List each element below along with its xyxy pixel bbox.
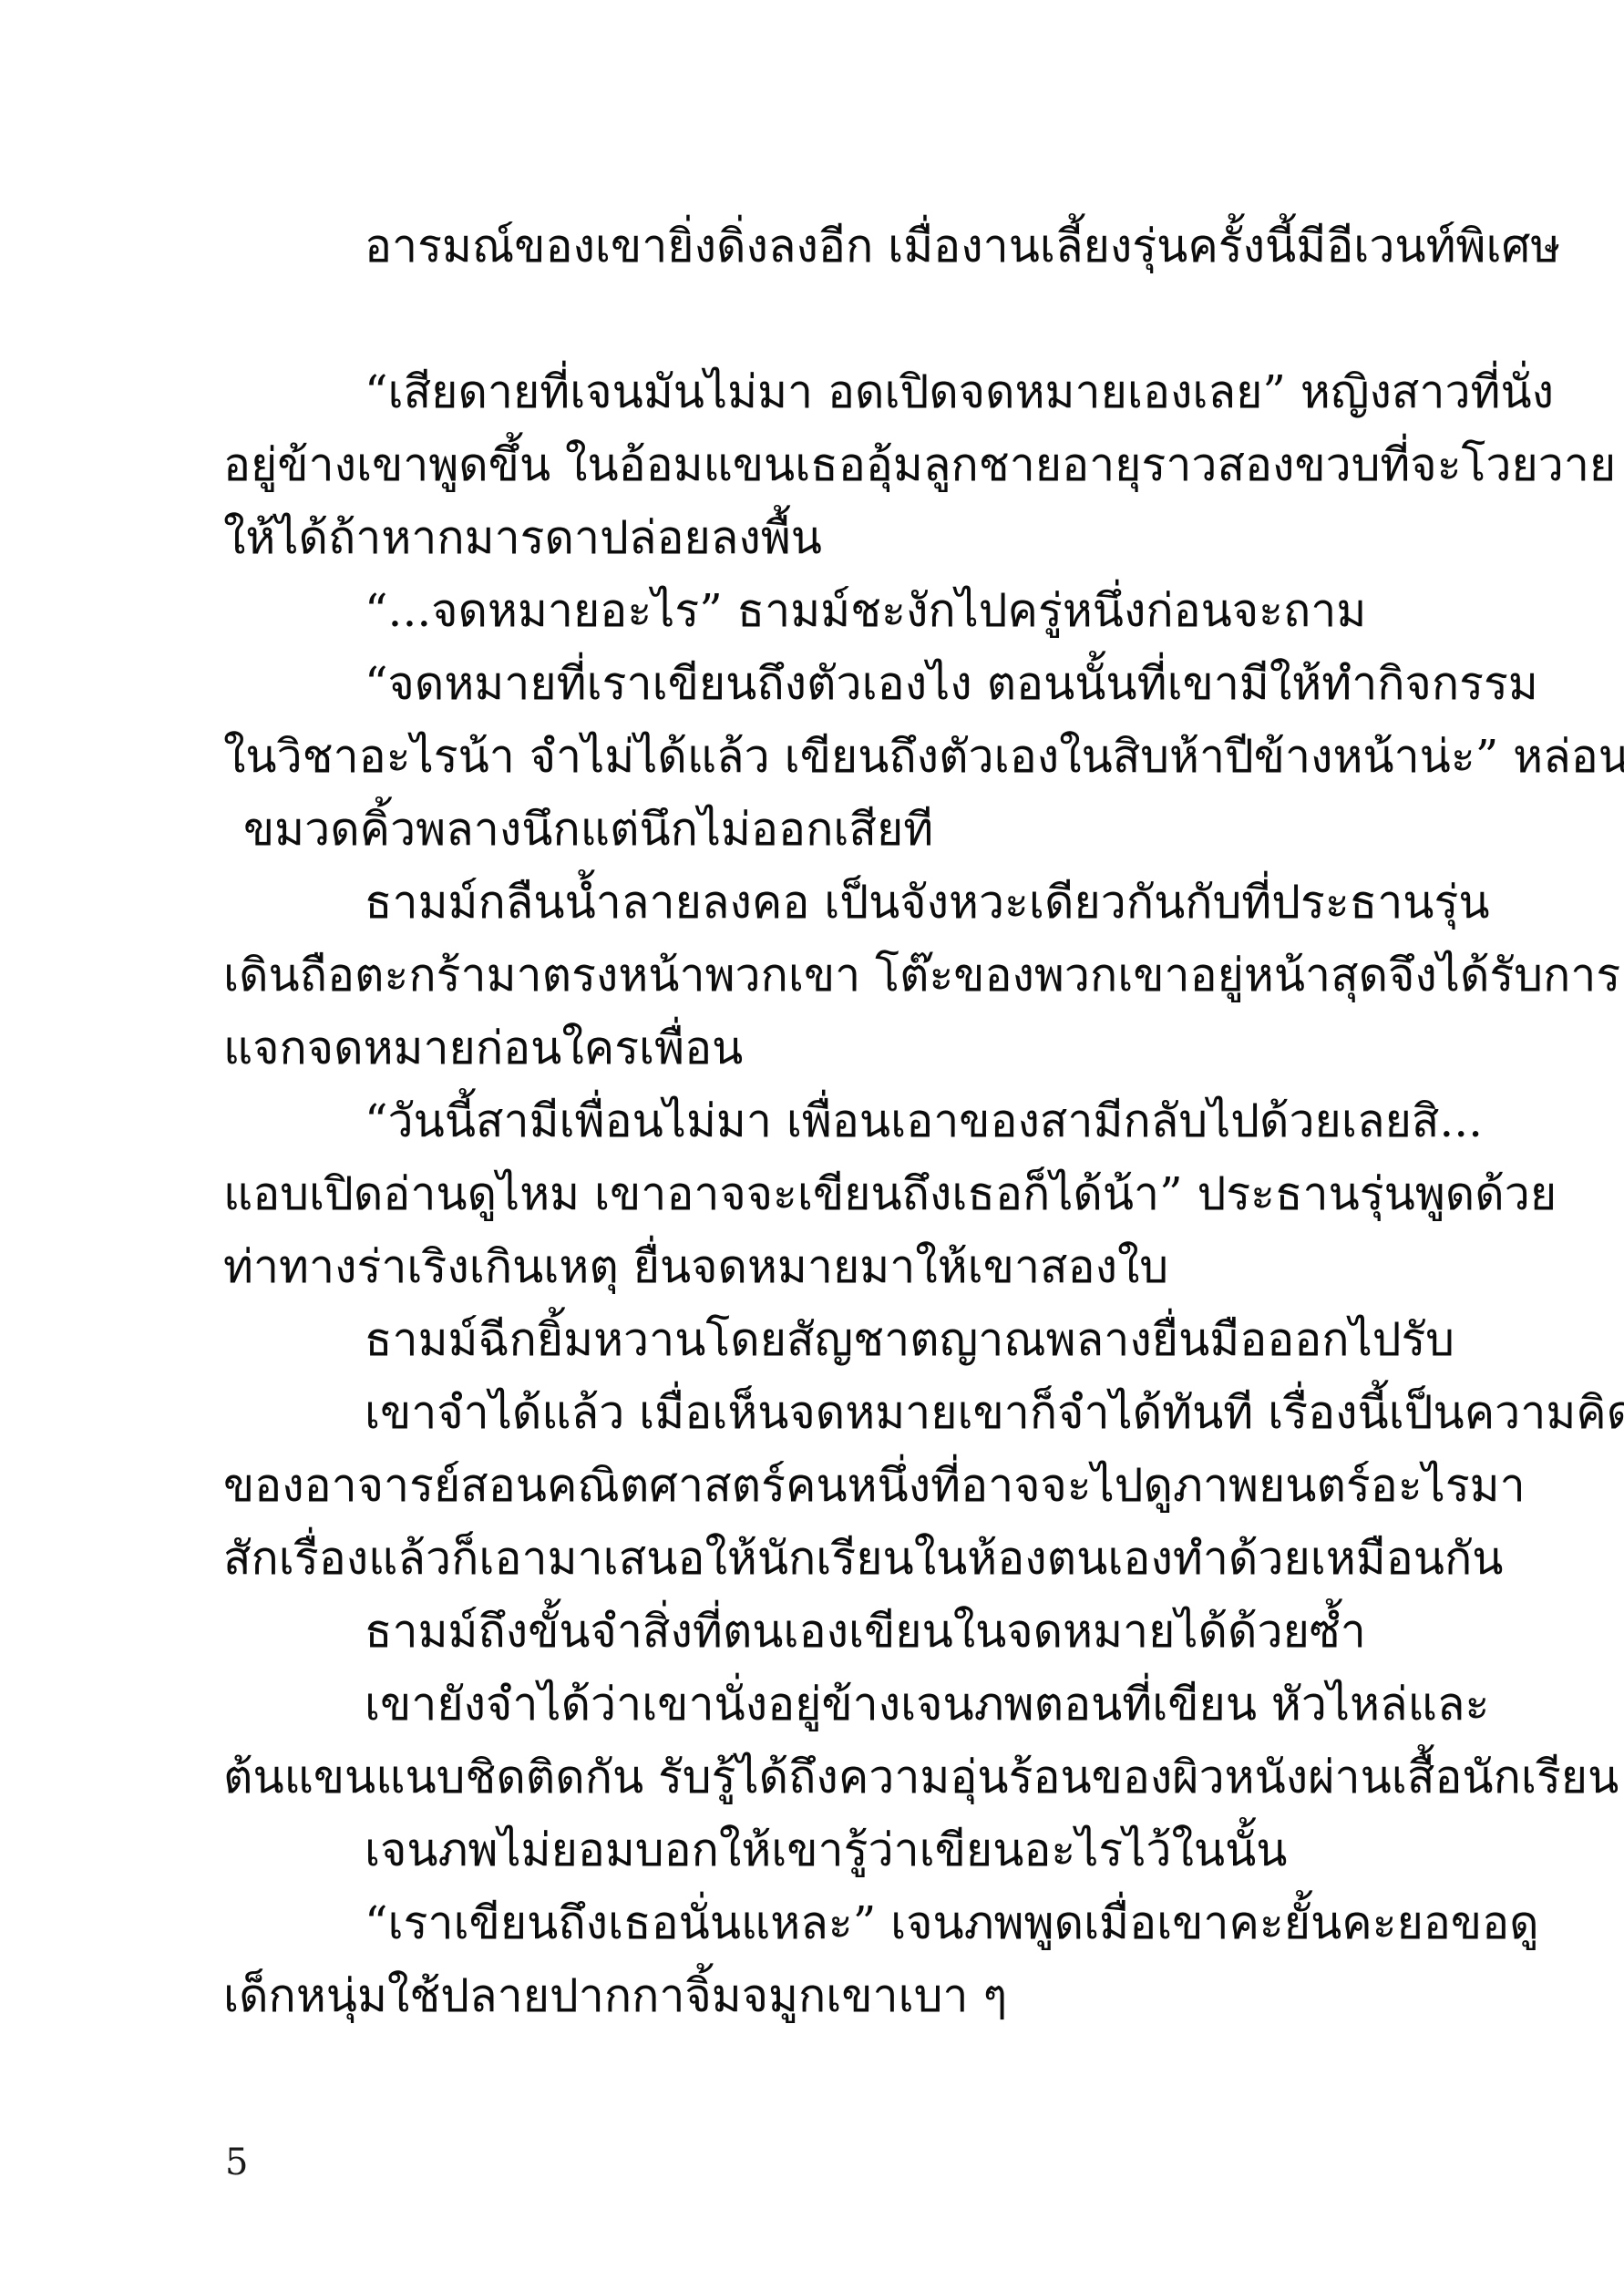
text-line: “เราเขียนถึงเธอนั่นแหละ” เจนภพพูดเมื่อเข… bbox=[223, 1886, 1426, 1959]
text-line: ธามม์ถึงขั้นจำสิ่งที่ตนเองเขียนในจดหมายไ… bbox=[223, 1595, 1426, 1668]
text-line: ขมวดคิ้วพลางนึกแต่นึกไม่ออกเสียที bbox=[223, 793, 1426, 866]
text-line: “วันนี้สามีเพื่อนไม่มา เพื่อนเอาของสามีก… bbox=[223, 1084, 1426, 1157]
text-line: “...จดหมายอะไร” ธามม์ชะงักไปครู่หนึ่งก่อ… bbox=[223, 574, 1426, 647]
text-line: อยู่ข้างเขาพูดขึ้น ในอ้อมแขนเธออุ้มลูกชา… bbox=[223, 428, 1426, 501]
body-text: อารมณ์ของเขายิ่งดิ่งลงอีก เมื่องานเลี้ยง… bbox=[223, 210, 1426, 2032]
text-line: ธามม์ฉีกยิ้มหวานโดยสัญชาตญาณพลางยื่นมืออ… bbox=[223, 1303, 1426, 1376]
text-line: ต้นแขนแนบชิดติดกัน รับรู้ได้ถึงความอุ่นร… bbox=[223, 1741, 1426, 1813]
text-line: เขาจำได้แล้ว เมื่อเห็นจดหมายเขาก็จำได้ทั… bbox=[223, 1376, 1426, 1449]
page-number: 5 bbox=[225, 2140, 248, 2185]
text-line: ธามม์กลืนน้ำลายลงคอ เป็นจังหวะเดียวกันกั… bbox=[223, 866, 1426, 939]
text-line: เขายังจำได้ว่าเขานั่งอยู่ข้างเจนภพตอนที่… bbox=[223, 1668, 1426, 1741]
text-line: เจนภพไม่ยอมบอกให้เขารู้ว่าเขียนอะไรไว้ใน… bbox=[223, 1813, 1426, 1886]
text-line: ของอาจารย์สอนคณิตศาสตร์คนหนึ่งที่อาจจะไป… bbox=[223, 1449, 1426, 1522]
text-line: ท่าทางร่าเริงเกินเหตุ ยื่นจดหมายมาให้เขา… bbox=[223, 1230, 1426, 1303]
text-line: เดินถือตะกร้ามาตรงหน้าพวกเขา โต๊ะของพวกเ… bbox=[223, 939, 1426, 1012]
text-line: อารมณ์ของเขายิ่งดิ่งลงอีก เมื่องานเลี้ยง… bbox=[223, 210, 1426, 283]
text-line: แอบเปิดอ่านดูไหม เขาอาจจะเขียนถึงเธอก็ได… bbox=[223, 1157, 1426, 1230]
book-page: อารมณ์ของเขายิ่งดิ่งลงอีก เมื่องานเลี้ยง… bbox=[0, 0, 1624, 2291]
text-line: ให้ได้ถ้าหากมารดาปล่อยลงพื้น bbox=[223, 501, 1426, 574]
text-line: “จดหมายที่เราเขียนถึงตัวเองไง ตอนนั้นที่… bbox=[223, 647, 1426, 720]
blank-line bbox=[223, 283, 1426, 355]
text-line: ในวิชาอะไรน้า จำไม่ได้แล้ว เขียนถึงตัวเอ… bbox=[223, 720, 1426, 793]
text-line: “เสียดายที่เจนมันไม่มา อดเปิดจดหมายเองเล… bbox=[223, 355, 1426, 428]
text-line: แจกจดหมายก่อนใครเพื่อน bbox=[223, 1012, 1426, 1084]
text-line: เด็กหนุ่มใช้ปลายปากกาจิ้มจมูกเขาเบา ๆ bbox=[223, 1959, 1426, 2032]
text-line: สักเรื่องแล้วก็เอามาเสนอให้นักเรียนในห้อ… bbox=[223, 1522, 1426, 1595]
